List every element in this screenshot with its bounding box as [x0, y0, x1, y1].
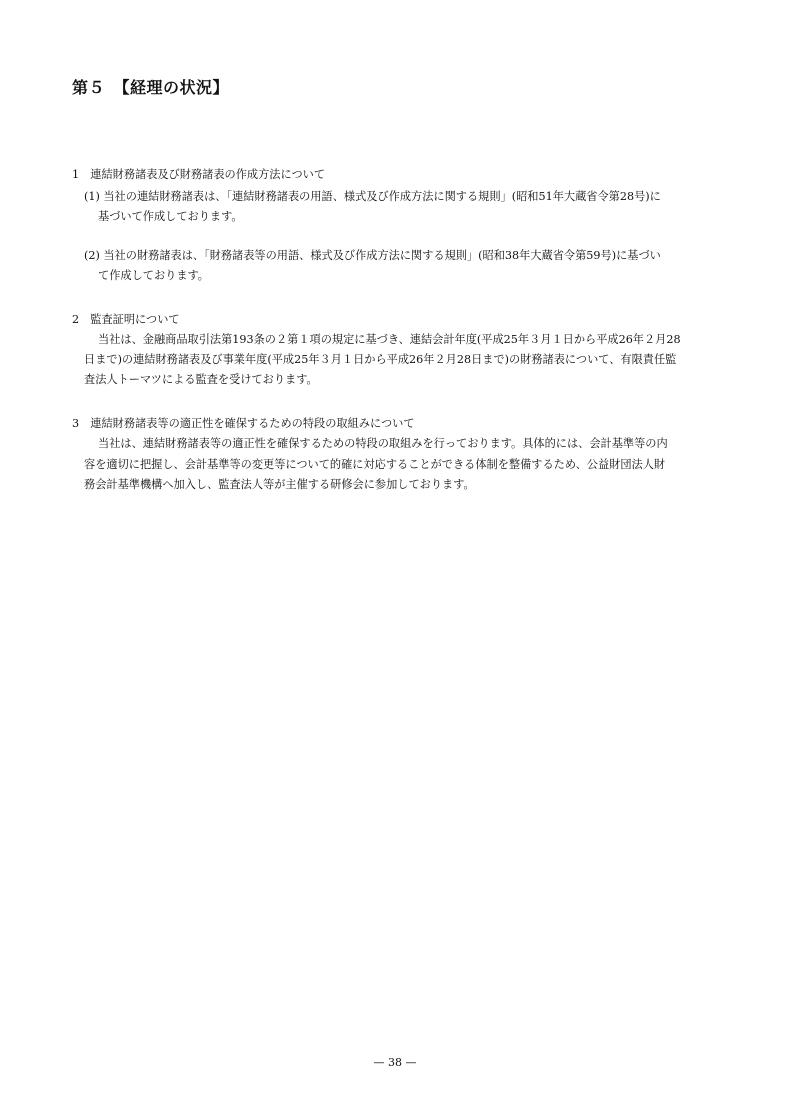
section-1-item-1-line-1: (1) 当社の連結財務諸表は、「連結財務諸表の用語、様式及び作成方法に関する規則…: [84, 190, 661, 204]
section-3-line-2: 容を適切に把握し、会計基準等の変更等について的確に対応することができる体制を整備…: [84, 458, 665, 472]
section-2-line-3: 査法人トーマツによる監査を受けております。: [84, 373, 318, 387]
page-number: — 38 —: [0, 1056, 790, 1069]
section-2-heading: 2 監査証明について: [72, 313, 180, 327]
section-3-line-3: 務会計基準機構へ加入し、監査法人等が主催する研修会に参加しております。: [84, 478, 475, 492]
section-1-item-1-line-2: 基づいて作成しております。: [98, 210, 243, 224]
section-1-item-2-line-1: (2) 当社の財務諸表は、「財務諸表等の用語、様式及び作成方法に関する規則」(昭…: [84, 249, 661, 263]
section-1-item-2-line-2: て作成しております。: [98, 269, 209, 283]
section-1-heading: 1 連結財務諸表及び財務諸表の作成方法について: [72, 168, 325, 182]
section-2-line-1: 当社は、金融商品取引法第193条の２第１項の規定に基づき、連結会計年度(平成25…: [98, 333, 681, 347]
section-3-heading: 3 連結財務諸表等の適正性を確保するための特段の取組みについて: [72, 417, 415, 431]
section-2-line-2: 日まで)の連結財務諸表及び事業年度(平成25年３月１日から平成26年２月28日ま…: [84, 353, 676, 367]
section-3-line-1: 当社は、連結財務諸表等の適正性を確保するための特段の取組みを行っております。具体…: [98, 437, 668, 451]
page-title: 第５ 【経理の状況】: [72, 75, 229, 98]
